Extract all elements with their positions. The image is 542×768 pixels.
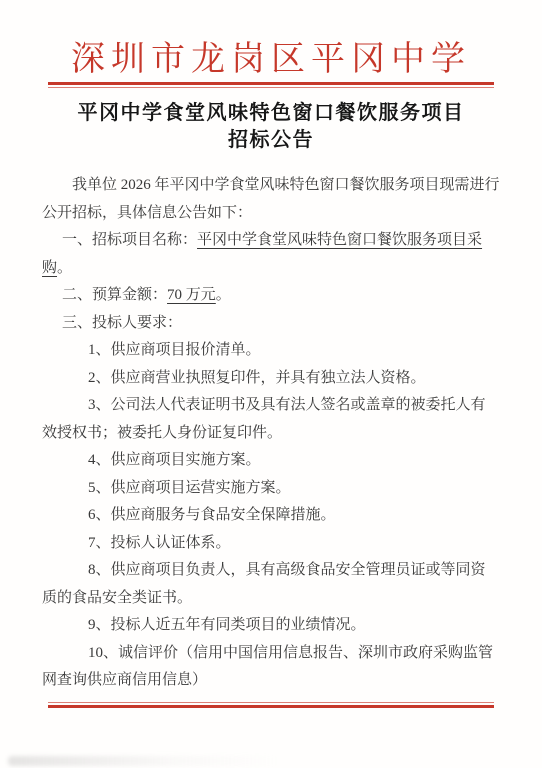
item-suffix: 。	[216, 287, 231, 303]
item-project-name: 一、招标项目名称：平冈中学食堂风味特色窗口餐饮服务项目采购。	[42, 227, 500, 282]
letterhead-org-name: 深圳市龙岗区平冈中学	[0, 38, 542, 82]
item-prefix: 预算金额：	[92, 287, 167, 303]
letterhead-rule-thick	[48, 82, 494, 85]
item-prefix: 投标人要求：	[92, 315, 182, 331]
footer-rule-thin	[48, 702, 494, 703]
sub-item-2: 2、供应商营业执照复印件，并具有独立法人资格。	[42, 365, 500, 393]
doc-title-line2: 招标公告	[228, 129, 314, 151]
item-budget: 二、预算金额：70 万元。	[42, 282, 500, 310]
item-prefix: 招标项目名称：	[92, 232, 197, 248]
item-label: 三、	[62, 315, 92, 331]
item-underlined-value: 70 万元	[167, 287, 216, 303]
sub-item-7: 7、投标人认证体系。	[42, 530, 500, 558]
item-bidder-requirements: 三、投标人要求：	[42, 310, 500, 338]
letterhead-rule-thin	[48, 87, 494, 88]
sub-item-3: 3、公司法人代表证明书及具有法人签名或盖章的被委托人有效授权书；被委托人身份证复…	[42, 392, 500, 447]
sub-item-1: 1、供应商项目报价清单。	[42, 337, 500, 365]
letterhead-double-rule	[48, 82, 494, 88]
sub-item-4: 4、供应商项目实施方案。	[42, 447, 500, 475]
sub-item-8: 8、供应商项目负责人，具有高级食品安全管理员证或等同资质的食品安全类证书。	[42, 557, 500, 612]
sub-item-6: 6、供应商服务与食品安全保障措施。	[42, 502, 500, 530]
sub-item-5: 5、供应商项目运营实施方案。	[42, 475, 500, 503]
scanned-document-page: 深圳市龙岗区平冈中学 平冈中学食堂风味特色窗口餐饮服务项目 招标公告 我单位 2…	[0, 0, 542, 768]
footer-rule-thick	[48, 705, 494, 708]
doc-body: 我单位 2026 年平冈中学食堂风味特色窗口餐饮服务项目现需进行公开招标，具体信…	[42, 172, 500, 695]
sub-item-10: 10、诚信评价（信用中国信用信息报告、深圳市政府采购监管网查询供应商信用信息）	[42, 640, 500, 695]
sub-item-9: 9、投标人近五年有同类项目的业绩情况。	[42, 612, 500, 640]
scan-artifact	[8, 756, 278, 766]
item-suffix: 。	[57, 260, 72, 276]
doc-title: 平冈中学食堂风味特色窗口餐饮服务项目 招标公告	[0, 100, 542, 154]
item-label: 二、	[62, 287, 92, 303]
intro-paragraph: 我单位 2026 年平冈中学食堂风味特色窗口餐饮服务项目现需进行公开招标，具体信…	[42, 172, 500, 227]
doc-title-line1: 平冈中学食堂风味特色窗口餐饮服务项目	[78, 102, 465, 124]
item-label: 一、	[62, 232, 92, 248]
footer-double-rule	[48, 702, 494, 708]
